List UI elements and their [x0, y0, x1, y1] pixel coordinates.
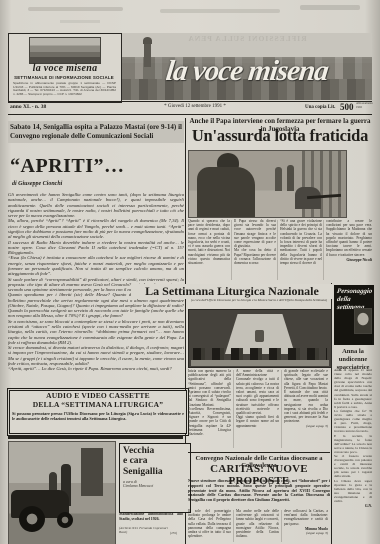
- masthead-box-title: la voce misena: [9, 63, 121, 74]
- background-soldier: [275, 167, 282, 191]
- ghost-smudge: [300, 5, 360, 10]
- town-thumbnail-photo: [29, 37, 101, 64]
- caritas-deck: Nuove strutture diocesane, impegno nelle…: [188, 479, 330, 506]
- background-soldier: [287, 165, 294, 191]
- tower-dome: [143, 37, 152, 44]
- issue-number: anno XL - n. 38: [10, 104, 46, 110]
- apriti-headline: “APRITI”…: [10, 155, 125, 178]
- caritas-column: Il sole del pomeriggio inoltrato prolung…: [188, 509, 231, 543]
- doorway-shadow: [81, 448, 103, 496]
- vintage-car-photo: [8, 441, 116, 544]
- war-photo: [188, 150, 347, 218]
- settimana-last-column: di grande valore ecclesiale e spirituale…: [284, 369, 328, 449]
- caritas-column: deve collocarsi la Caritas, a vent'anni …: [284, 509, 328, 526]
- car-wheel: [19, 506, 45, 532]
- caritas-rule: [188, 452, 330, 453]
- settimana-column: Inizia con questo numero la pubblicazion…: [188, 369, 231, 449]
- stage-table: [191, 360, 329, 366]
- car-photo-credit: (Archivio N.D. Fernanda Cupramari Bassi): [119, 527, 171, 535]
- portrait-photo: [354, 308, 372, 334]
- settimana-subtitle: (a cura dell'Ufficio Diocesano per la Li…: [188, 299, 330, 307]
- audio-box-title: AUDIO E VIDEO CASSETTE DELLA “SETTIMANA …: [12, 392, 184, 409]
- column-divider: [277, 220, 278, 280]
- backdrop-emblem: [255, 330, 264, 342]
- masthead-info-box: la voce misena SETTIMANALE DI INFORMAZIO…: [8, 33, 122, 103]
- column-divider: [233, 370, 234, 448]
- show-through-headline: RIFLESSIONI SULLA PENA: [152, 34, 342, 43]
- column-divider: [281, 510, 282, 542]
- masthead-panorama-photo: RIFLESSIONI SULLA PENA la voce misena: [122, 33, 372, 100]
- settimana-column: A nome della città e dell'Amministrazion…: [236, 369, 279, 449]
- main-article-column: contribuire a creare le condizioni per u…: [326, 219, 372, 257]
- issue-date: * Giovedì 12 settembre 1991 *: [130, 104, 260, 109]
- apriti-kicker: Sabato 14, Senigallia ospita a Palazzo M…: [8, 121, 184, 143]
- newspaper-front-page: la voce misena SETTIMANALE DI INFORMAZIO…: [0, 0, 380, 544]
- car-wheel-rear: [57, 512, 73, 528]
- anna-body: Anna di appena 11 anni viene colta nel m…: [334, 368, 372, 503]
- dateline-rule-top: [8, 101, 372, 102]
- ghost-smudge: [160, 9, 280, 13]
- main-article-last-column: contribuire a creare le condizioni per u…: [326, 219, 372, 281]
- main-article-signature: Giuseppe Nicoli: [326, 258, 372, 262]
- column-divider: [233, 510, 234, 542]
- vecchia-credit: a cura di Girolamo Mencucci: [123, 480, 187, 489]
- caritas-column: Ma anche nelle sale delle conferenze gli…: [236, 509, 279, 543]
- vecchia-box: Vecchia e cara Senigallia a cura di Giro…: [119, 443, 191, 513]
- masthead-title: la voce misena: [122, 55, 372, 88]
- vecchia-title: Vecchia e cara Senigallia: [123, 446, 187, 477]
- column-divider: [231, 220, 232, 280]
- column-divider: [323, 220, 324, 280]
- column-divider: [281, 370, 282, 448]
- caritas-last-column: deve collocarsi la Caritas, a vent'anni …: [284, 509, 328, 543]
- audio-cassette-box: AUDIO E VIDEO CASSETTE DELLA “SETTIMANA …: [9, 390, 187, 434]
- price-note: Abbonamento 1992: [356, 102, 372, 109]
- main-headline: Un'assurda lotta fraticida: [186, 126, 374, 146]
- settimana-headline: La Settimana Liturgica Nazionale: [131, 284, 333, 299]
- price-value: 500: [340, 102, 354, 112]
- anna-article: Anna di appena 11 anni viene colta nel m…: [334, 368, 372, 542]
- settimana-column: di grande valore ecclesiale e spirituale…: [284, 369, 328, 424]
- heavy-divider-bar: [8, 435, 183, 439]
- anna-signature: G.N.: [334, 504, 372, 508]
- personaggio-line2: della: [337, 296, 374, 303]
- caritas-jumpline: (segue a pag. 3): [284, 531, 328, 535]
- settimana-jumpline: (segue a pag. 3): [284, 424, 328, 428]
- ghost-smudge: [60, 20, 100, 23]
- personaggio-box: Personaggio della settimana: [334, 285, 374, 345]
- car-photo-number: (255): [170, 531, 177, 535]
- soldier-foreground-body: [197, 167, 255, 218]
- main-article-column: “Si è una grave violazione dello spirito…: [280, 219, 322, 281]
- apriti-byline: di Giuseppe Cionchi: [12, 181, 62, 187]
- audio-box-body: Si possono prenotare presso l'Ufficio Di…: [12, 411, 184, 421]
- ghost-smudge: [28, 7, 123, 11]
- car-photo-caption: Manifestazione automobilistica allo Stad…: [119, 512, 183, 521]
- masthead-fineprint: Spedizione in abbonamento postale gruppo…: [13, 82, 116, 100]
- dateline-rule-bottom: [8, 114, 372, 115]
- liturgical-week-photo: [188, 309, 332, 368]
- price-label: Una copia Lit.: [305, 105, 335, 110]
- personaggio-line1: Personaggio: [337, 288, 374, 295]
- main-article-column: Quando si sperava che la pace tanto desi…: [188, 219, 230, 281]
- masthead-box-subtitle: SETTIMANALE DI INFORMAZIONE SOCIALE: [11, 75, 117, 80]
- main-article-column: Il Papa stesso da diversi giorni sta lev…: [234, 219, 276, 281]
